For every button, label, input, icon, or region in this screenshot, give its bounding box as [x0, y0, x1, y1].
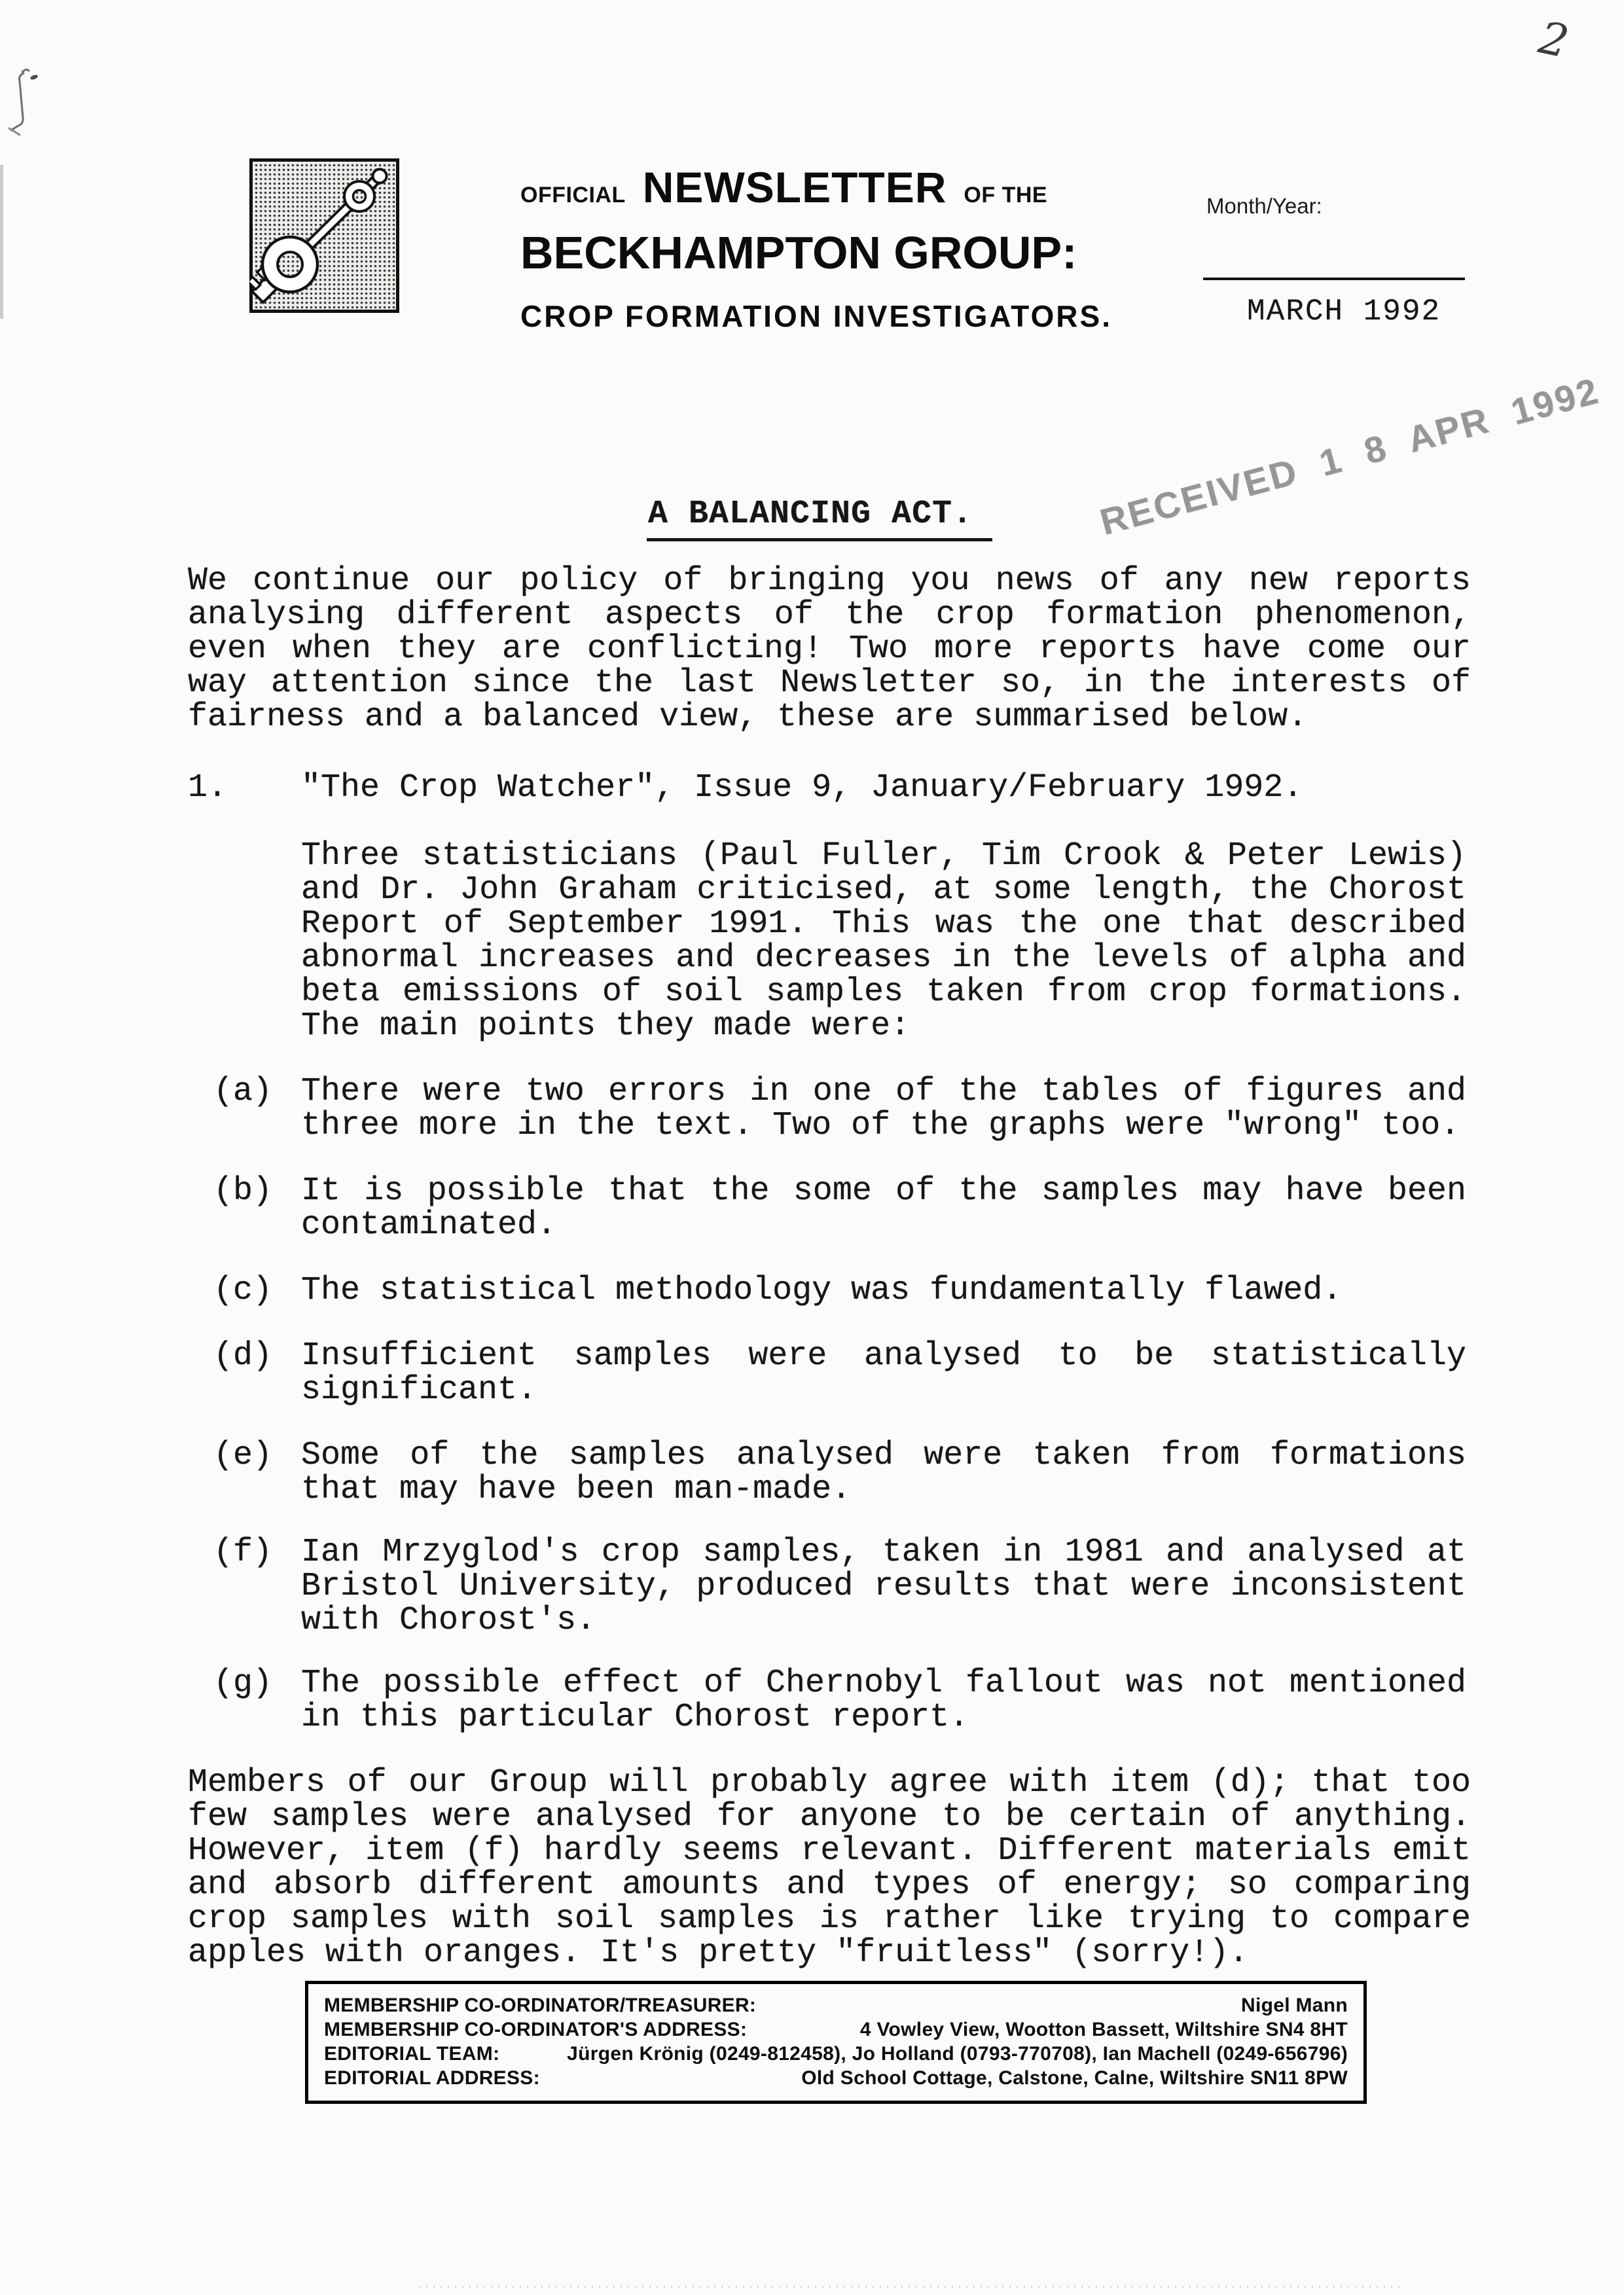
- point-label: (c): [213, 1274, 301, 1308]
- text-line: beta emissions of soil samples taken fro…: [301, 975, 1466, 1009]
- text-line: Some of the samples analysed were taken …: [301, 1439, 1466, 1473]
- text-line: There were two errors in one of the tabl…: [301, 1075, 1466, 1109]
- closing-paragraph: Members of our Group will probably agree…: [188, 1766, 1471, 1970]
- text-line: and absorb different amounts and types o…: [188, 1868, 1471, 1902]
- text-line: contaminated.: [301, 1208, 1466, 1242]
- crop-circle-key-logo-icon: [249, 158, 399, 313]
- footer-label: MEMBERSHIP CO-ORDINATOR/TREASURER:: [324, 1993, 756, 2017]
- point-text: There were two errors in one of the tabl…: [301, 1075, 1466, 1143]
- report-number: 1.: [188, 771, 301, 805]
- month-year-value: MARCH 1992: [1247, 295, 1441, 329]
- text-line: Report of September 1991. This was the o…: [301, 907, 1466, 941]
- masthead-line1: OFFICIAL NEWSLETTER OF THE: [520, 162, 1112, 212]
- point-text: It is possible that the some of the samp…: [301, 1174, 1466, 1242]
- text-line: three more in the text. Two of the graph…: [301, 1109, 1466, 1143]
- staple-mark-icon: [4, 65, 51, 144]
- text-line: and Dr. John Graham criticised, at some …: [301, 873, 1466, 907]
- point-text: Some of the samples analysed were taken …: [301, 1439, 1466, 1507]
- text-line: The main points they made were:: [301, 1009, 1466, 1043]
- scan-edge-artifact: [0, 165, 3, 319]
- text-line: crop samples with soil samples is rather…: [188, 1902, 1471, 1936]
- footer-value: 4 Vowley View, Wootton Bassett, Wiltshir…: [860, 2017, 1348, 2042]
- footer-label: MEMBERSHIP CO-ORDINATOR'S ADDRESS:: [324, 2017, 747, 2042]
- point-f: (f) Ian Mrzyglod's crop samples, taken i…: [213, 1536, 1466, 1638]
- point-label: (d): [213, 1339, 301, 1407]
- point-e: (e) Some of the samples analysed were ta…: [213, 1439, 1466, 1507]
- masthead: OFFICIAL NEWSLETTER OF THE BECKHAMPTON G…: [520, 162, 1112, 334]
- point-text: Insufficient samples were analysed to be…: [301, 1339, 1466, 1407]
- article-title: A BALANCING ACT.: [647, 496, 992, 541]
- point-label: (f): [213, 1536, 301, 1638]
- point-d: (d) Insufficient samples were analysed t…: [213, 1339, 1466, 1407]
- text-line: way attention since the last Newsletter …: [188, 666, 1471, 700]
- footer-label: EDITORIAL TEAM:: [324, 2042, 499, 2066]
- text-line: Members of our Group will probably agree…: [188, 1766, 1471, 1800]
- report-summary-paragraph: Three statisticians (Paul Fuller, Tim Cr…: [301, 839, 1466, 1043]
- point-label: (b): [213, 1174, 301, 1242]
- point-label: (g): [213, 1667, 301, 1735]
- text-line: even when they are conflicting! Two more…: [188, 632, 1471, 666]
- intro-paragraph: We continue our policy of bringing you n…: [188, 564, 1471, 734]
- text-line: Insufficient samples were analysed to be…: [301, 1339, 1466, 1373]
- text-line: The statistical methodology was fundamen…: [301, 1274, 1466, 1308]
- footer-row-treasurer: MEMBERSHIP CO-ORDINATOR/TREASURER: Nigel…: [324, 1993, 1348, 2017]
- text-line: The possible effect of Chernobyl fallout…: [301, 1667, 1466, 1701]
- footer-value: Nigel Mann: [1241, 1993, 1348, 2017]
- point-a: (a) There were two errors in one of the …: [213, 1075, 1466, 1143]
- scan-noise-artifact: [419, 2286, 1401, 2288]
- footer-row-membership-address: MEMBERSHIP CO-ORDINATOR'S ADDRESS: 4 Vow…: [324, 2017, 1348, 2042]
- text-line: Three statisticians (Paul Fuller, Tim Cr…: [301, 839, 1466, 873]
- handwritten-page-number: 2: [1534, 12, 1573, 68]
- point-text: The possible effect of Chernobyl fallout…: [301, 1667, 1466, 1735]
- text-line: We continue our policy of bringing you n…: [188, 564, 1471, 598]
- footer-value: Old School Cottage, Calstone, Calne, Wil…: [801, 2066, 1348, 2090]
- text-line: However, item (f) hardly seems relevant.…: [188, 1834, 1471, 1868]
- footer-label: EDITORIAL ADDRESS:: [324, 2066, 540, 2090]
- text-line: significant.: [301, 1373, 1466, 1407]
- article-title-wrap: A BALANCING ACT.: [647, 497, 992, 532]
- point-b: (b) It is possible that the some of the …: [213, 1174, 1466, 1242]
- text-line: apples with oranges. It's pretty "fruitl…: [188, 1936, 1471, 1970]
- point-label: (e): [213, 1439, 301, 1507]
- month-year-rule: [1203, 278, 1465, 280]
- masthead-newsletter: NEWSLETTER: [643, 162, 947, 212]
- text-line: Ian Mrzyglod's crop samples, taken in 19…: [301, 1536, 1466, 1570]
- footer-row-editorial-address: EDITORIAL ADDRESS: Old School Cottage, C…: [324, 2066, 1348, 2090]
- contact-info-box: MEMBERSHIP CO-ORDINATOR/TREASURER: Nigel…: [305, 1981, 1367, 2104]
- point-label: (a): [213, 1075, 301, 1143]
- footer-value: Jürgen Krönig (0249-812458), Jo Holland …: [567, 2042, 1348, 2066]
- point-g: (g) The possible effect of Chernobyl fal…: [213, 1667, 1466, 1735]
- text-line: in this particular Chorost report.: [301, 1701, 1466, 1735]
- text-line: It is possible that the some of the samp…: [301, 1174, 1466, 1208]
- point-text: The statistical methodology was fundamen…: [301, 1274, 1466, 1308]
- masthead-subtitle: CROP FORMATION INVESTIGATORS.: [520, 298, 1112, 334]
- report-heading: "The Crop Watcher", Issue 9, January/Feb…: [301, 771, 1303, 805]
- text-line: fairness and a balanced view, these are …: [188, 700, 1471, 734]
- masthead-of-the: OF THE: [964, 183, 1047, 208]
- masthead-official: OFFICIAL: [520, 183, 626, 208]
- text-line: with Chorost's.: [301, 1604, 1466, 1638]
- report-heading-row: 1. "The Crop Watcher", Issue 9, January/…: [188, 771, 1471, 805]
- text-line: analysing different aspects of the crop …: [188, 598, 1471, 632]
- received-date-stamp: RECEIVED 1 8 APR 1992: [1096, 369, 1604, 543]
- newsletter-scanned-page: 2 OFFICIAL NEWSLETTER: [0, 0, 1624, 2295]
- text-line: abnormal increases and decreases in the …: [301, 941, 1466, 975]
- footer-row-editorial-team: EDITORIAL TEAM: Jürgen Krönig (0249-8124…: [324, 2042, 1348, 2066]
- month-year-label: Month/Year:: [1206, 194, 1322, 219]
- text-line: Bristol University, produced results tha…: [301, 1570, 1466, 1604]
- masthead-group-name: BECKHAMPTON GROUP:: [520, 226, 1112, 279]
- text-line: that may have been man-made.: [301, 1473, 1466, 1507]
- text-line: few samples were analysed for anyone to …: [188, 1800, 1471, 1834]
- point-c: (c) The statistical methodology was fund…: [213, 1274, 1466, 1308]
- point-text: Ian Mrzyglod's crop samples, taken in 19…: [301, 1536, 1466, 1638]
